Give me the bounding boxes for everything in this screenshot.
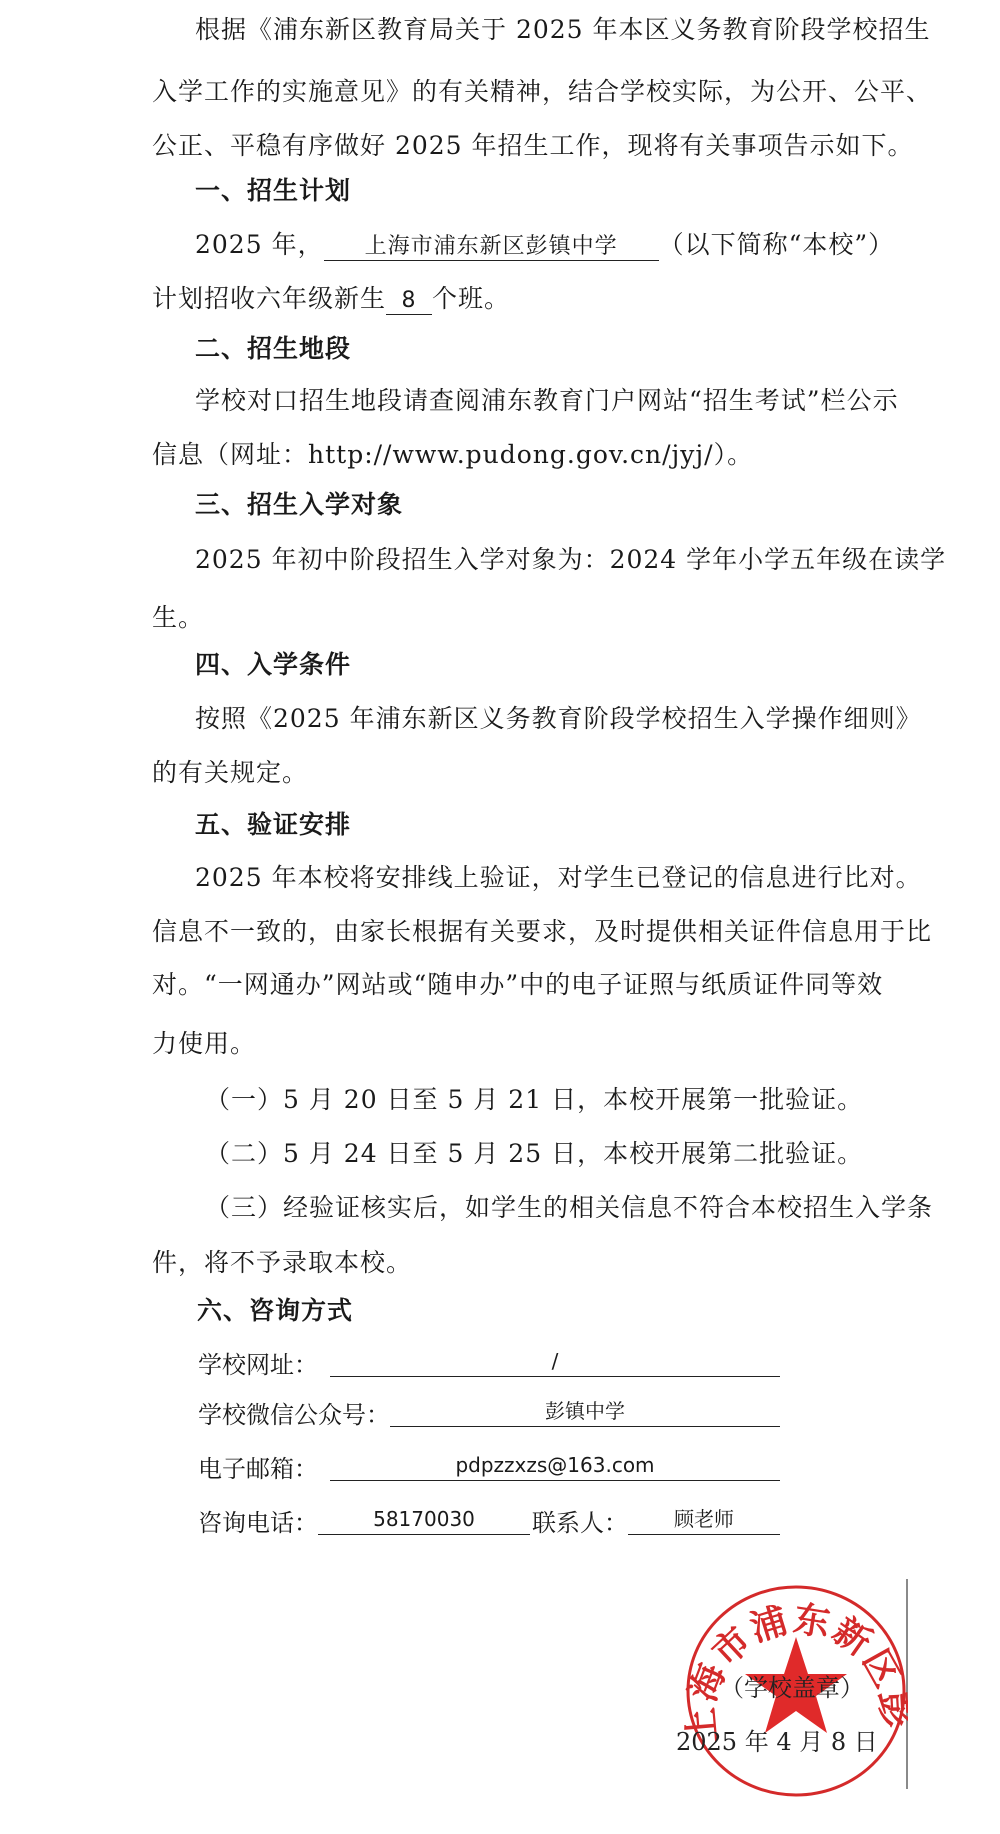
abbr-text: （以下简称“本校”） [659,230,895,259]
section-5-line-4: 力使用。 [152,1029,256,1059]
section-1-year-line: 2025 年，上海市浦东新区彭镇中学（以下简称“本校”） [195,230,894,261]
section-5-line-1: 2025 年本校将安排线上验证，对学生已登记的信息进行比对。 [195,863,922,893]
contact-person-label: 联系人： [532,1508,628,1538]
section-2-heading: 二、招生地段 [195,334,351,364]
intro-line-1: 根据《浦东新区教育局关于 2025 年本区义务教育阶段学校招生 [195,15,931,45]
section-5-line-2: 信息不一致的，由家长根据有关要求，及时提供相关证件信息用于比 [152,917,932,947]
email-field: pdpzzxzs@163.com [330,1452,780,1481]
plan-suffix: 个班。 [432,284,510,313]
email-label: 电子邮箱： [198,1454,318,1484]
year-prefix: 2025 年， [195,230,324,259]
section-1-heading: 一、招生计划 [195,176,351,206]
section-4-heading: 四、入学条件 [195,650,351,680]
section-3-line-2: 生。 [152,603,204,633]
section-5-heading: 五、验证安排 [195,810,351,840]
official-seal: 上海市浦东新区彭镇中学 （学校盖章） 2025 年 4 月 8 日 [684,1582,908,1800]
section-2-line-1: 学校对口招生地段请查阅浦东教育门户网站“招生考试”栏公示 [195,386,899,416]
section-5-item-3: （三）经验证核实后，如学生的相关信息不符合本校招生入学条 [205,1193,933,1223]
seal-label: （学校盖章） [720,1668,864,1703]
phone-label: 咨询电话： [198,1508,318,1538]
section-6-heading: 六、咨询方式 [197,1296,353,1326]
intro-line-3: 公正、平稳有序做好 2025 年招生工作，现将有关事项告示如下。 [152,131,914,161]
section-1-plan-line: 计划招收六年级新生8个班。 [152,284,510,315]
phone-field: 58170030 [318,1506,530,1535]
section-5-item-2: （二）5 月 24 日至 5 月 25 日，本校开展第二批验证。 [205,1139,863,1169]
section-5-item-4: 件，将不予录取本校。 [152,1248,412,1278]
section-3-heading: 三、招生入学对象 [195,490,403,520]
contact-person-field: 顾老师 [628,1506,780,1535]
intro-line-2: 入学工作的实施意见》的有关精神，结合学校实际，为公开、公平、 [152,77,932,107]
website-label: 学校网址： [198,1350,318,1380]
wechat-field: 彭镇中学 [390,1398,780,1427]
section-4-line-2: 的有关规定。 [152,758,308,788]
section-5-line-3: 对。“一网通办”网站或“随申办”中的电子证照与纸质证件同等效 [152,970,883,1000]
class-count-field: 8 [386,288,432,315]
school-name-field: 上海市浦东新区彭镇中学 [324,234,659,261]
section-2-line-2: 信息（网址：http://www.pudong.gov.cn/jyj/）。 [152,440,753,470]
plan-prefix: 计划招收六年级新生 [152,284,386,313]
website-field: / [330,1348,780,1377]
notice-date: 2025 年 4 月 8 日 [676,1722,878,1757]
section-4-line-1: 按照《2025 年浦东新区义务教育阶段学校招生入学操作细则》 [195,704,922,734]
section-5-item-1: （一）5 月 20 日至 5 月 21 日，本校开展第一批验证。 [205,1085,863,1115]
section-3-line-1: 2025 年初中阶段招生入学对象为：2024 学年小学五年级在读学 [195,545,946,575]
wechat-label: 学校微信公众号： [198,1400,390,1430]
